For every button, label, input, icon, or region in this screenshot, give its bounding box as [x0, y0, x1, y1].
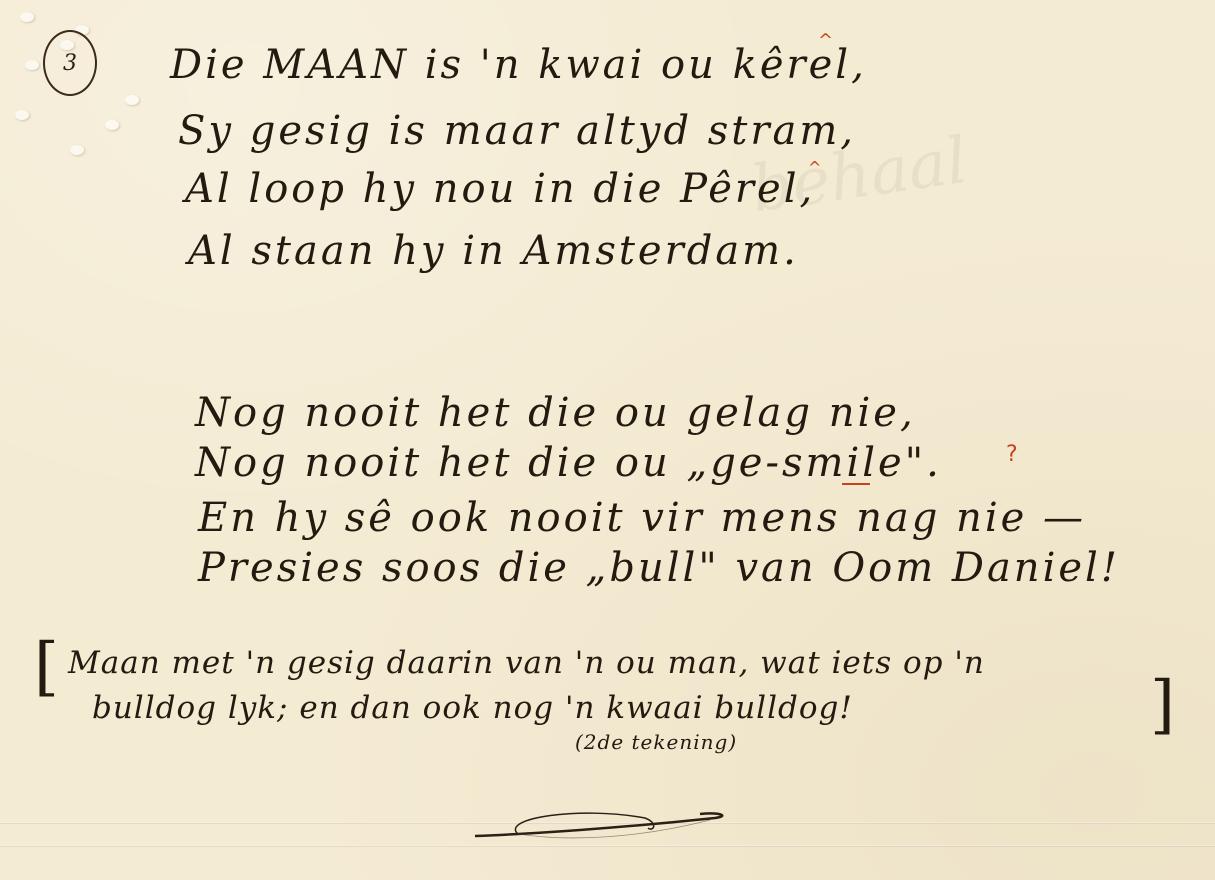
stanza2-line1: Nog nooit het die ou gelag nie, — [195, 390, 916, 436]
stanza1-line4: Al staan hy in Amsterdam. — [188, 228, 799, 274]
annotation-line2: bulldog lyk; en dan ook nog 'n kwaai bul… — [92, 690, 853, 726]
stanza1-line2: Sy gesig is maar altyd stram, — [178, 108, 856, 154]
closing-flourish-icon — [470, 808, 730, 848]
paper-crease — [70, 145, 84, 155]
annotation-close-bracket: ] — [1150, 668, 1175, 742]
paper-crease — [125, 95, 139, 105]
correction-caret-kerel: ^ — [818, 30, 833, 51]
stanza2-line4: Presies soos die „bull" van Oom Daniel! — [198, 545, 1120, 591]
paper-crease — [15, 110, 29, 120]
correction-underline — [842, 483, 870, 485]
stanza1-line1: Die MAAN is 'n kwai ou kêrel, — [170, 42, 867, 88]
manuscript-page: behaal 3 Die MAAN is 'n kwai ou kêrel, S… — [0, 0, 1215, 880]
item-number: 3 — [63, 51, 77, 76]
stanza1-line3: Al loop hy nou in die Pêrel, — [185, 166, 815, 212]
paper-crease — [105, 120, 119, 130]
stanza2-line3: En hy sê ook nooit vir mens nag nie — — [198, 495, 1086, 541]
item-number-circle: 3 — [43, 30, 97, 96]
stanza2-line2: Nog nooit het die ou „ge-smile". — [195, 440, 942, 486]
paper-crease — [25, 60, 39, 70]
correction-caret-perel: ^ — [808, 158, 821, 177]
correction-query-mark: ? — [1006, 442, 1018, 467]
annotation-line1: Maan met 'n gesig daarin van 'n ou man, … — [68, 645, 985, 681]
paper-crease — [20, 12, 34, 22]
annotation-open-bracket: [ — [34, 630, 59, 704]
annotation-sub-note: (2de tekening) — [575, 730, 737, 754]
